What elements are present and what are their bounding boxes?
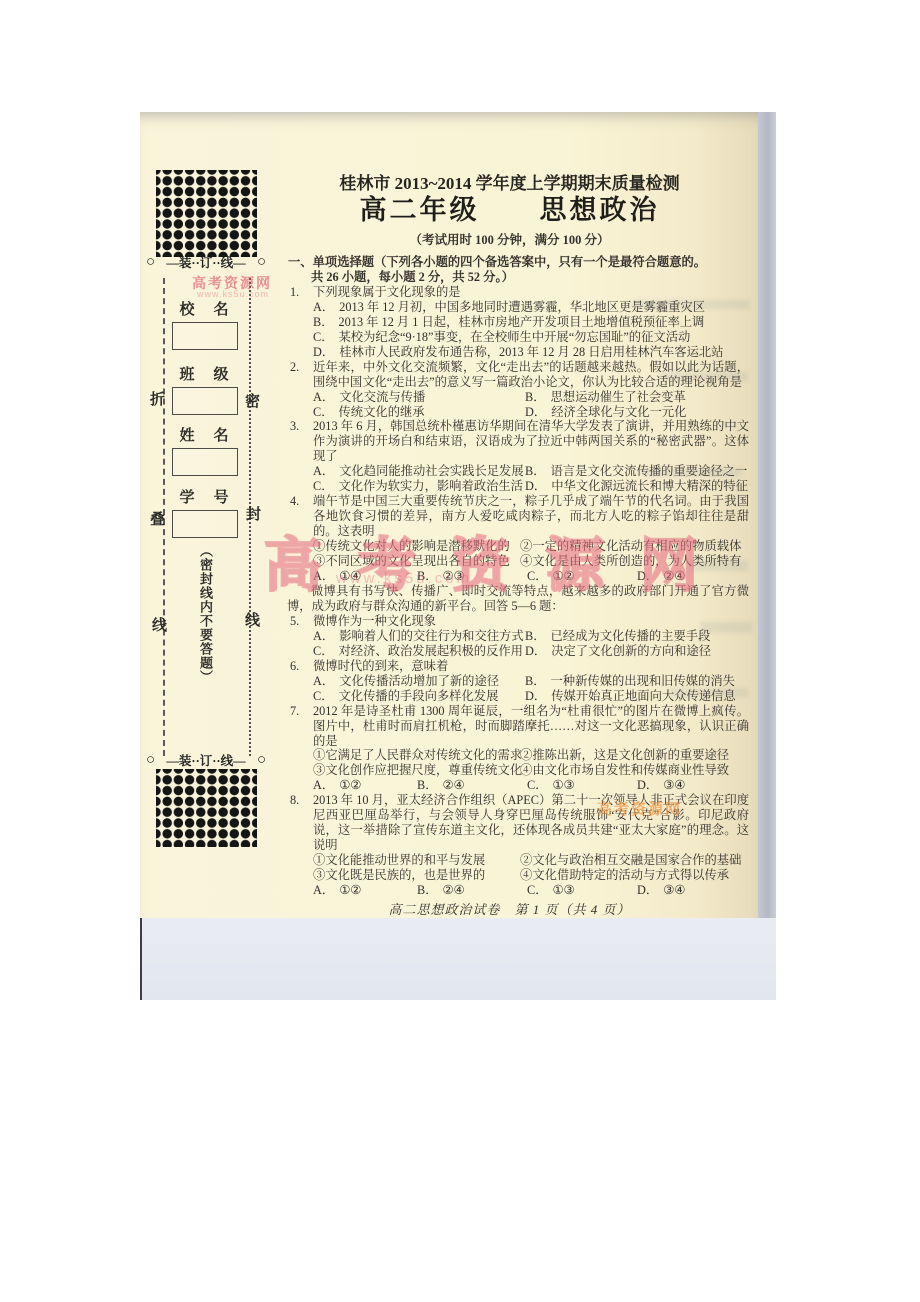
student-name-box xyxy=(172,448,238,476)
question-block-3: 3. 2013 年 6 月，韩国总统朴槿惠访华期间在清华大学发表了演讲，并用熟练… xyxy=(270,419,749,494)
sub-item-3: ③文化既是民族的，也是世界的 xyxy=(313,868,520,883)
question-block-1: 1. 下列现象属于文化现象的是 A．2013 年 12 月初，中国多地同时遭遇雾… xyxy=(270,285,749,360)
fold-char: 折 xyxy=(150,388,165,409)
option-c: C．某校为纪念“9·18”事变，在全校师生中开展“勿忘国耻”的征文活动 xyxy=(313,330,749,345)
answer-choice-c: C．①③ xyxy=(527,883,637,898)
class-label: 班 级 xyxy=(170,363,240,384)
registration-dot-grid-top xyxy=(156,170,257,257)
option-d: D．桂林市人民政府发布通告称，2013 年 12 月 28 日启用桂林汽车客运北… xyxy=(313,345,749,360)
option-c: C．传统文化的继承 xyxy=(313,405,525,420)
bleed-ghost xyxy=(668,688,748,697)
option-b: B．2013 年 12 月 1 日起，桂林市房地产开发项目土地增值税预征率上调 xyxy=(313,315,749,330)
sub-item-4: ④由文化市场自发性和传媒商业性导致 xyxy=(520,763,749,778)
question-block-4: 4. 端午节是中国三大重要传统节庆之一，粽子几乎成了端午节的代名词。由于我国各地… xyxy=(270,494,749,584)
answer-choice-b: B．②④ xyxy=(417,778,527,793)
seal-note-vertical: （密封线内不要答题） xyxy=(196,544,215,696)
student-name-label: 姓 名 xyxy=(170,424,240,445)
question-stem: 2012 年是诗圣杜甫 1300 周年诞辰，一组名为“杜甫很忙”的图片在微博上疯… xyxy=(313,704,749,749)
question-number: 1. xyxy=(290,285,299,300)
answer-choice-d: D．②④ xyxy=(637,569,749,584)
answer-choice-a: A．①② xyxy=(313,883,417,898)
binding-line-label: —装··订··线— xyxy=(166,751,245,769)
bleed-ghost xyxy=(660,372,748,381)
question-stem: 微博作为一种文化现象 xyxy=(313,614,749,629)
sub-item-1: ①文化能推动世界的和平与发展 xyxy=(313,853,520,868)
seal-char: 线 xyxy=(245,609,260,630)
question-number: 2. xyxy=(290,360,299,375)
option-d: D．中华文化源远流长和博大精深的特征 xyxy=(525,479,749,494)
group-intro: 微博具有书写快、传播广、即时交流等特点，越来越多的政府部门开通了官方微博，成为政… xyxy=(287,584,749,614)
registration-dot-grid-bottom xyxy=(156,769,257,847)
sub-item-4: ④文化借助特定的活动与方式得以传承 xyxy=(520,868,749,883)
sub-item-3: ③不同区域的文化呈现出各自的特色 xyxy=(313,554,520,569)
question-stem: 端午节是中国三大重要传统节庆之一，粽子几乎成了端午节的代名词。由于我国各地饮食习… xyxy=(313,494,749,539)
student-id-box xyxy=(172,510,238,538)
exam-content: 桂林市 2013~2014 学年度上学期期末质量检测 高二年级 思想政治 （考试… xyxy=(270,174,749,918)
scan-bottom-strip xyxy=(140,918,776,1000)
binding-circle-icon: ○ xyxy=(146,753,155,768)
binding-line-label: —装··订··线— xyxy=(166,253,245,271)
bleed-ghost xyxy=(642,468,742,477)
option-a: A．文化交流与传播 xyxy=(313,390,525,405)
option-c: C．对经济、政治发展起积极的反作用 xyxy=(313,644,525,659)
question-block-5: 5. 微博作为一种文化现象 A．影响着人们的交往行为和交往方式 B．已经成为文化… xyxy=(270,614,749,659)
question-number: 4. xyxy=(290,494,299,509)
bleed-ghost xyxy=(632,300,750,309)
answer-choice-a: A．①② xyxy=(313,778,417,793)
sub-item-2: ②一定的精神文化活动有相应的物质载体 xyxy=(520,539,749,554)
binding-circle-icon: ○ xyxy=(257,255,266,270)
answer-choice-d: D．③④ xyxy=(637,778,749,793)
seal-char: 封 xyxy=(246,503,261,524)
student-id-label: 学 号 xyxy=(170,486,240,507)
binding-line-bottom: ○ —装··订··线— ○ xyxy=(146,751,266,769)
field-class: 班 级 xyxy=(170,363,240,415)
grade-subject-title: 高二年级 思想政治 xyxy=(270,194,749,226)
option-a: A．文化传播活动增加了新的途径 xyxy=(313,674,525,689)
option-a: A．影响着人们的交往行为和交往方式 xyxy=(313,629,525,644)
question-number: 5. xyxy=(290,614,299,629)
question-number: 3. xyxy=(290,419,299,434)
page-footer: 高二思想政治试卷 第 1 页（共 4 页） xyxy=(270,903,749,918)
field-student-id: 学 号 xyxy=(170,486,240,538)
question-stem: 下列现象属于文化现象的是 xyxy=(313,285,749,300)
school-name-label: 校 名 xyxy=(170,298,240,319)
sub-item-1: ①它满足了人民群众对传统文化的需求 xyxy=(313,748,520,763)
field-student-name: 姓 名 xyxy=(170,424,240,476)
answer-choice-d: D．③④ xyxy=(637,883,749,898)
section-heading-cont: 共 26 小题，每小题 2 分，共 52 分。） xyxy=(270,270,749,285)
class-box xyxy=(172,387,238,415)
scan-edge-strip xyxy=(758,112,776,1000)
option-c: C．文化作为软实力，影响着政治生活 xyxy=(313,479,525,494)
exam-title: 桂林市 2013~2014 学年度上学期期末质量检测 xyxy=(270,174,749,194)
question-number: 8. xyxy=(290,793,299,808)
answer-choice-c: C．①③ xyxy=(527,778,637,793)
question-block-2: 2. 近年来，中外文化交流频繁，文化“走出去”的话题越来越热。假如以此为话题，围… xyxy=(270,360,749,420)
binding-line-top: ○ —装··订··线— ○ xyxy=(146,253,266,271)
option-b: B．思想运动催生了社会变革 xyxy=(525,390,749,405)
option-b: B．一种新传媒的出现和旧传媒的消失 xyxy=(525,674,749,689)
question-number: 7. xyxy=(290,704,299,719)
school-name-box xyxy=(172,322,238,350)
seal-char: 密 xyxy=(245,390,260,411)
option-c: C．文化传播的手段向多样化发展 xyxy=(313,689,525,704)
question-number: 6. xyxy=(290,659,299,674)
answer-choice-a: A．①④ xyxy=(313,569,417,584)
question-stem: 微博时代的到来，意味着 xyxy=(313,659,749,674)
question-block-8: 8. 2013 年 10 月，亚太经济合作组织（APEC）第二十一次领导人非正式… xyxy=(270,793,749,898)
question-block-7: 7. 2012 年是诗圣杜甫 1300 周年诞辰，一组名为“杜甫很忙”的图片在微… xyxy=(270,704,749,794)
section-heading: 一、单项选择题（下列各小题的四个备选答案中，只有一个是最符合题意的。 xyxy=(270,255,749,270)
fold-char: 线 xyxy=(152,614,167,635)
answer-choice-c: C．①② xyxy=(527,569,637,584)
answer-choice-b: B．②④ xyxy=(417,883,527,898)
option-d: D．决定了文化创新的方向和途径 xyxy=(525,644,749,659)
bleed-ghost xyxy=(700,622,752,633)
bleed-ghost xyxy=(690,560,748,571)
option-a: A．文化趋同能推动社会实践长足发展 xyxy=(313,464,525,479)
sub-item-1: ①传统文化对人的影响是潜移默化的 xyxy=(313,539,520,554)
sub-item-3: ③文化创作应把握尺度，尊重传统文化 xyxy=(313,763,520,778)
sub-item-2: ②推陈出新，这是文化创新的重要途径 xyxy=(520,748,749,763)
fold-char: 叠 xyxy=(150,508,165,529)
binding-circle-icon: ○ xyxy=(146,255,155,270)
option-d: D．经济全球化与文化一元化 xyxy=(525,405,749,420)
question-stem: 2013 年 10 月，亚太经济合作组织（APEC）第二十一次领导人非正式会议在… xyxy=(313,793,749,853)
answer-choice-b: B．②③ xyxy=(417,569,527,584)
sub-item-2: ②文化与政治相互交融是国家合作的基础 xyxy=(520,853,749,868)
question-stem: 2013 年 6 月，韩国总统朴槿惠访华期间在清华大学发表了演讲，并用熟练的中文… xyxy=(313,419,749,464)
exam-info: （考试用时 100 分钟，满分 100 分） xyxy=(270,233,749,248)
binding-circle-icon: ○ xyxy=(257,753,266,768)
field-school-name: 校 名 xyxy=(170,298,240,350)
